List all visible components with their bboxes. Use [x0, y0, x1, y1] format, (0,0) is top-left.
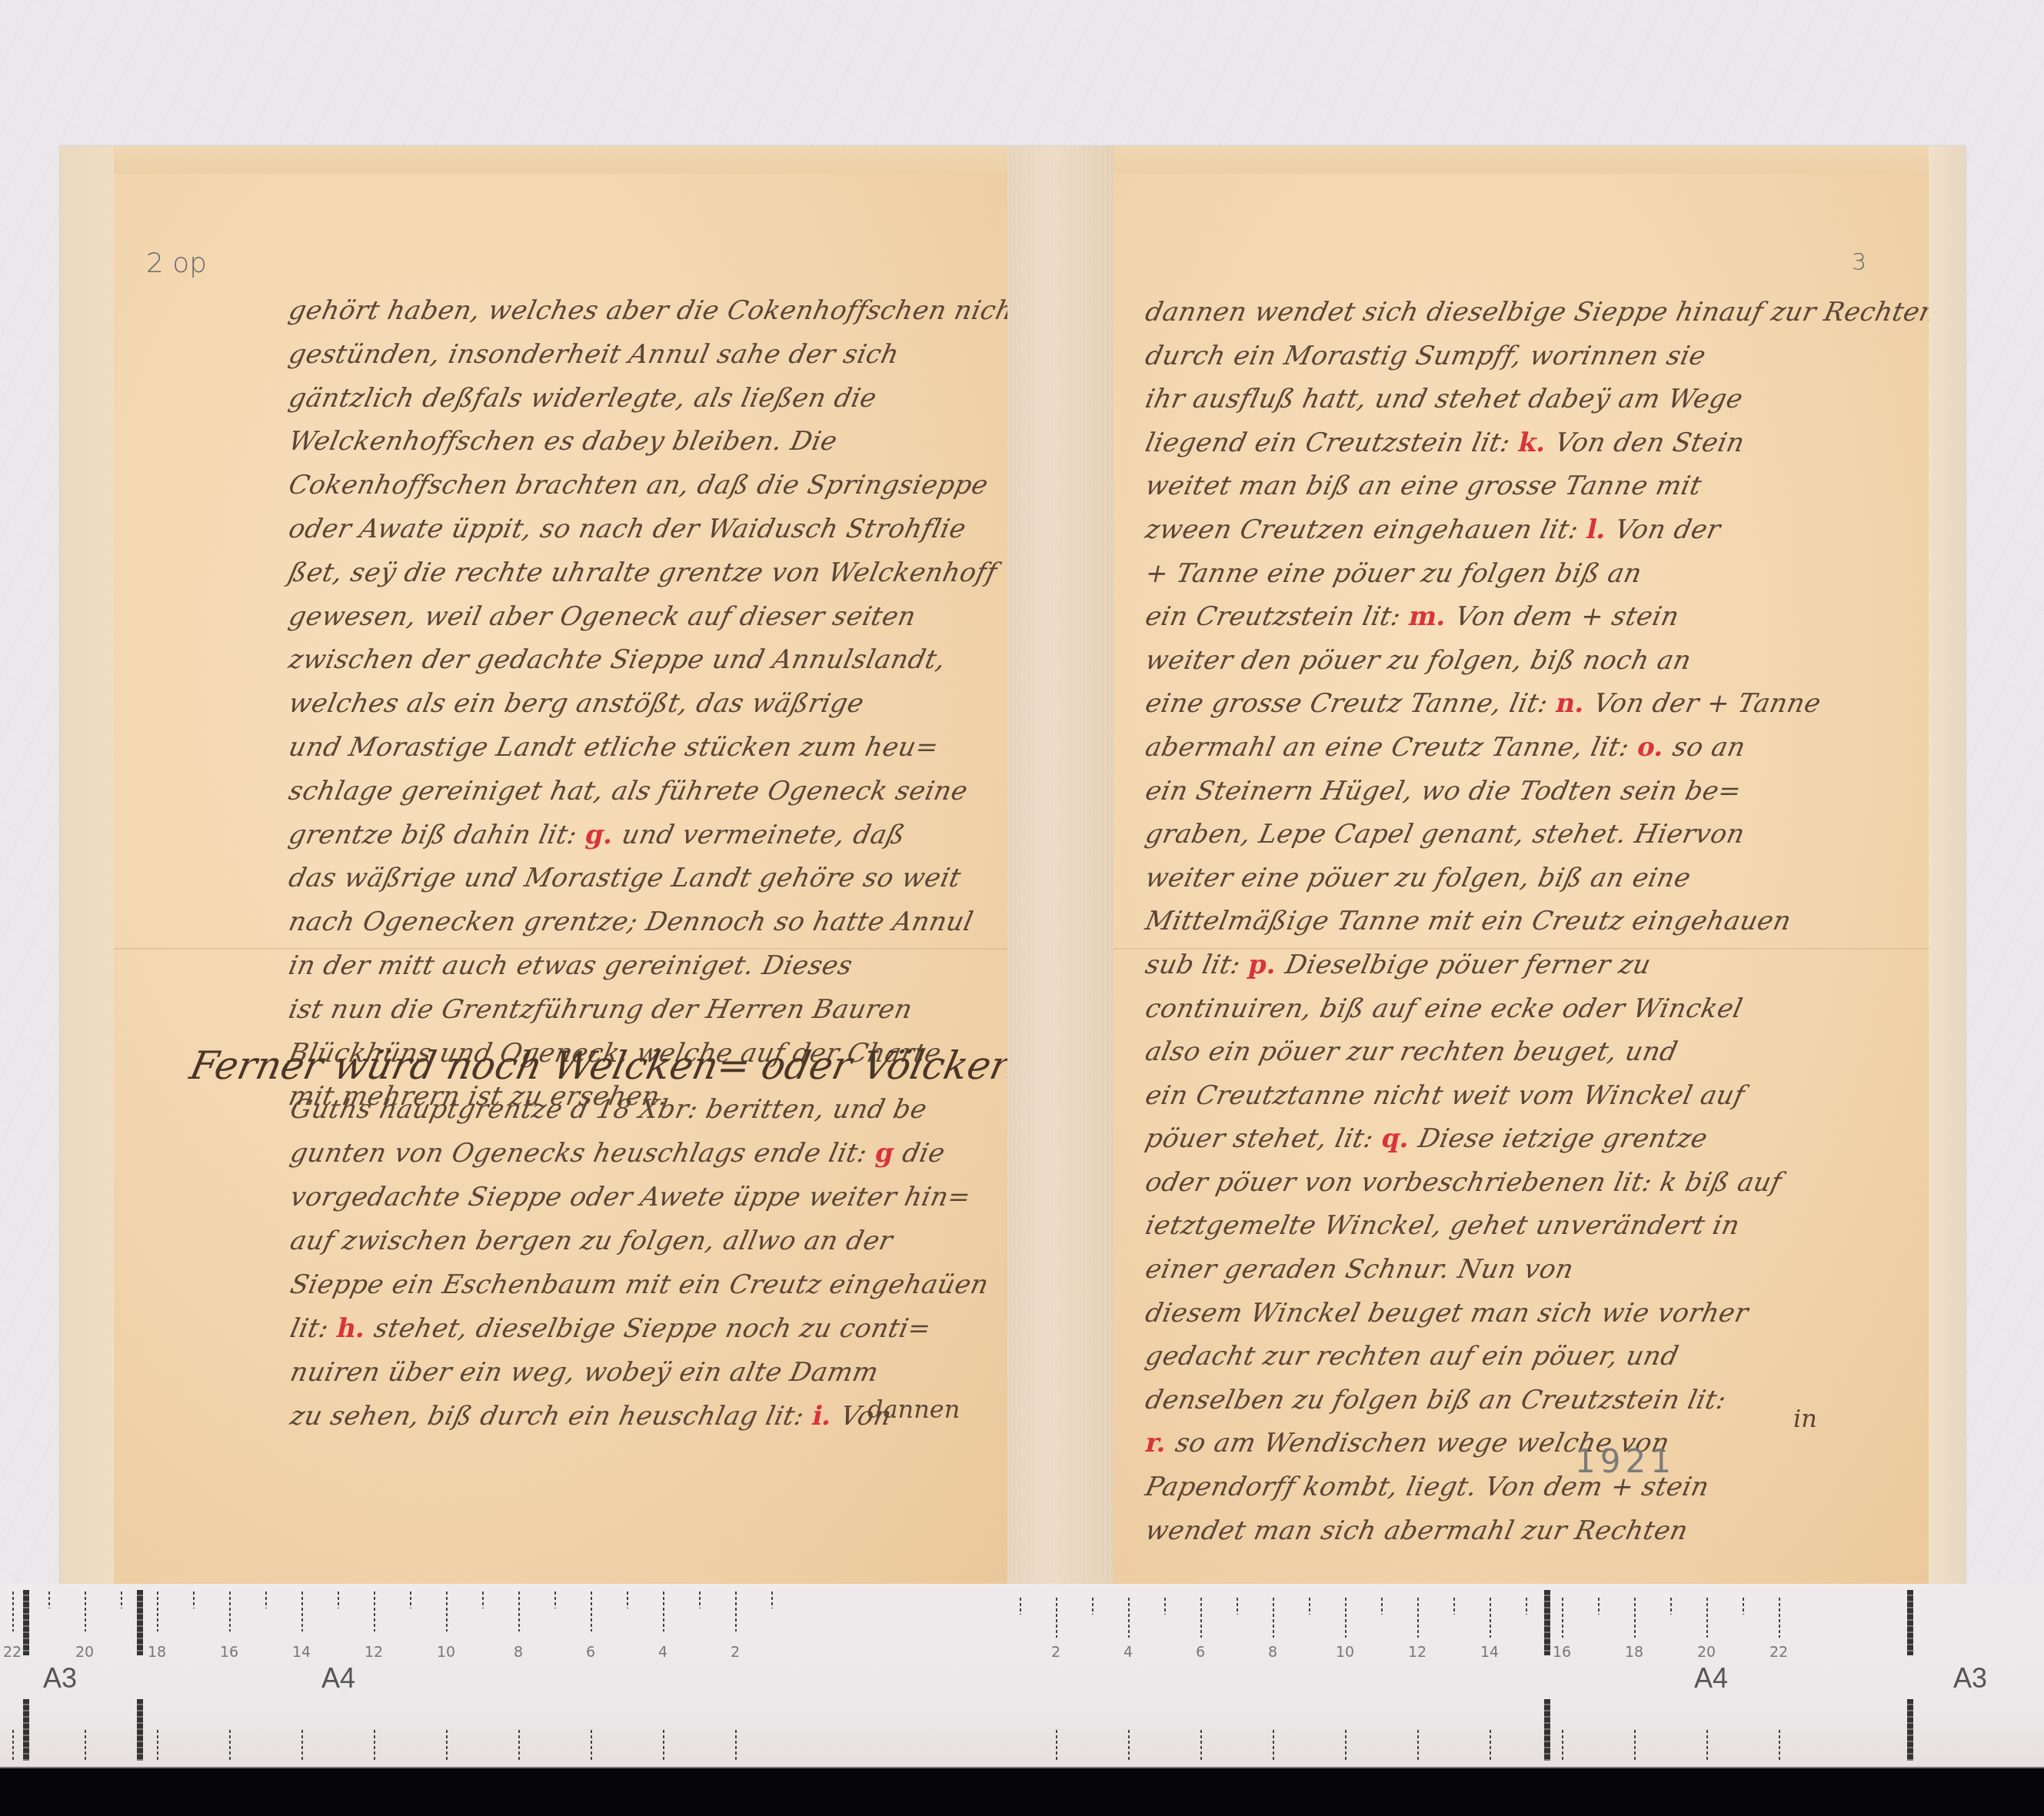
manuscript-line: sub lit: p. Dieselbige pöuer ferner zu: [1141, 943, 1919, 987]
manuscript-line: abermahl an eine Creutz Tanne, lit: o. s…: [1141, 726, 1919, 770]
right-page: 3 dannen wendet sich dieselbige Sieppe h…: [1114, 174, 1966, 1584]
manuscript-line: gestünden, insonderheit Annul sahe der s…: [285, 333, 986, 377]
manuscript-line: und Morastige Landt etliche stücken zum …: [285, 726, 986, 770]
ruler-number: 14: [292, 1644, 311, 1661]
ruler-number: 16: [1553, 1644, 1571, 1661]
rubric-letter: k.: [1516, 427, 1550, 458]
ruler-tick: [1345, 1730, 1347, 1761]
manuscript-line: lit: h. stehet, dieselbige Sieppe noch z…: [286, 1307, 1010, 1351]
scanner-edge-shadow: [0, 1768, 2044, 1816]
ruler-tick: [121, 1591, 122, 1608]
ruler-tick: [482, 1591, 484, 1608]
manuscript-line: gewesen, weil aber Ogeneck auf dieser se…: [285, 595, 986, 639]
ruler-tick: [265, 1591, 267, 1608]
manuscript-line: schlage gereiniget hat, als führete Ogen…: [285, 770, 986, 813]
ruler-tick: [1200, 1730, 1202, 1761]
ruler-tick: [1200, 1598, 1202, 1638]
manuscript-line: weiter den pöuer zu folgen, biß noch an: [1141, 639, 1919, 683]
manuscript-line: Guths hauptgrentze d 18 Xbr: beritten, u…: [286, 1088, 1010, 1132]
ruler-label-a4-left: A4: [321, 1662, 355, 1695]
left-page-section: Ferner würd noch Welcken= oder Völckersa…: [191, 1044, 1006, 1438]
ruler-tick: [229, 1730, 231, 1761]
ruler-label-a4-right: A4: [1694, 1662, 1728, 1695]
ruler-number: 18: [148, 1644, 166, 1661]
ruler-tick: [1634, 1598, 1636, 1638]
ruler-number: 4: [1124, 1644, 1133, 1661]
ruler-tick: [12, 1591, 14, 1631]
ruler-tick: [446, 1730, 448, 1761]
ruler-number: 12: [365, 1644, 383, 1661]
manuscript-line: Cokenhoffschen brachten an, daß die Spri…: [285, 464, 986, 507]
rubric-letter: q.: [1379, 1123, 1413, 1154]
manuscript-line: einer geraden Schnur. Nun von: [1141, 1248, 1919, 1292]
rubric-letter: r.: [1143, 1428, 1170, 1458]
ruler-number: 22: [3, 1644, 22, 1661]
ruler-tick: [1544, 1699, 1550, 1761]
ruler-tick: [338, 1591, 339, 1608]
ruler-tick: [1779, 1598, 1780, 1638]
ruler-tick: [1670, 1598, 1672, 1615]
ruler-tick: [1634, 1730, 1636, 1761]
catch-word-left: dannen: [867, 1395, 960, 1424]
ruler-number: 4: [658, 1644, 667, 1661]
ruler-number: 20: [75, 1644, 94, 1661]
ruler-tick: [1128, 1598, 1130, 1638]
left-edge-tape: [60, 146, 114, 1584]
ruler-number: 14: [1480, 1644, 1499, 1661]
ruler-tick: [23, 1590, 29, 1655]
ruler-tick: [1490, 1730, 1491, 1761]
ruler-tick: [1056, 1730, 1057, 1761]
manuscript-line: das wäßrige und Morastige Landt gehöre s…: [285, 856, 986, 900]
ruler-tick: [663, 1591, 664, 1631]
ruler-tick: [1417, 1730, 1419, 1761]
ruler-tick: [1706, 1598, 1708, 1638]
ruler-tick: [1345, 1598, 1347, 1638]
ruler-tick: [518, 1591, 520, 1631]
manuscript-line: in der mitt auch etwas gereiniget. Diese…: [285, 944, 986, 988]
manuscript-line: + Tanne eine pöuer zu folgen biß an: [1141, 552, 1919, 596]
ruler-number: 2: [731, 1644, 740, 1661]
right-edge-tape: [1929, 146, 1966, 1584]
ruler-tick: [1743, 1598, 1744, 1615]
manuscript-line: oder Awate üppit, so nach der Waidusch S…: [285, 507, 986, 551]
manuscript-line: graben, Lepe Capel genant, stehet. Hierv…: [1141, 813, 1919, 856]
ruler-tick: [1164, 1598, 1166, 1615]
rubric-letter: g.: [582, 820, 617, 850]
manuscript-line: continuiren, biß auf eine ecke oder Winc…: [1141, 987, 1919, 1031]
ruler-tick: [1128, 1730, 1130, 1761]
manuscript-line: dannen wendet sich dieselbige Sieppe hin…: [1141, 291, 1919, 334]
center-hinge-tape: [1007, 146, 1114, 1584]
section-body: Guths hauptgrentze d 18 Xbr: beritten, u…: [191, 1088, 1006, 1438]
manuscript-line: grentze biß dahin lit: g. und vermeinete…: [285, 813, 986, 857]
manuscript-line: durch ein Morastig Sumpff, worinnen sie: [1141, 334, 1919, 378]
manuscript-line: eine grosse Creutz Tanne, lit: n. Von de…: [1141, 682, 1919, 726]
measurement-ruler: 222018161412108642246810121416182022 A3 …: [0, 1584, 2044, 1768]
ruler-tick: [1237, 1598, 1238, 1615]
ruler-tick: [1453, 1598, 1455, 1615]
manuscript-line: weiter eine pöuer zu folgen, biß an eine: [1141, 856, 1919, 900]
ruler-tick: [771, 1591, 773, 1608]
ruler-number: 2: [1051, 1644, 1060, 1661]
manuscript-line: wendet man sich abermahl zur Rechten: [1141, 1509, 1919, 1553]
ruler-tick: [374, 1591, 375, 1631]
manuscript-line: welches als ein berg anstößt, das wäßrig…: [285, 682, 986, 726]
manuscript-line: Papendorff kombt, liegt. Von dem + stein: [1141, 1465, 1919, 1509]
rubric-letter: n.: [1553, 688, 1589, 719]
manuscript-line: gäntzlich deßfals widerlegte, als ließen…: [285, 377, 986, 421]
ruler-tick: [1779, 1730, 1780, 1761]
manuscript-double-leaf: 2 op gehört haben, welches aber die Coke…: [60, 146, 1966, 1584]
catch-word-right: in: [1793, 1404, 1817, 1433]
right-page-text: dannen wendet sich dieselbige Sieppe hin…: [1146, 291, 1915, 1552]
manuscript-line: auf zwischen bergen zu folgen, allwo an …: [286, 1219, 1010, 1263]
manuscript-line: zween Creutzen eingehauen lit: l. Von de…: [1141, 508, 1919, 552]
manuscript-line: also ein pöuer zur rechten beuget, und: [1141, 1030, 1919, 1074]
ruler-number: 6: [1196, 1644, 1205, 1661]
ruler-tick: [699, 1591, 701, 1608]
ruler-tick: [1273, 1598, 1274, 1638]
ruler-tick: [1381, 1598, 1383, 1615]
ruler-number: 6: [586, 1644, 595, 1661]
rubric-letter: m.: [1406, 601, 1450, 632]
manuscript-line: pöuer stehet, lit: q. Diese ietzige gren…: [1141, 1117, 1919, 1161]
ruler-tick: [1562, 1598, 1563, 1638]
ruler-tick: [1020, 1598, 1021, 1615]
ruler-tick: [518, 1730, 520, 1761]
ruler-tick: [1092, 1598, 1094, 1615]
ruler-number: 20: [1697, 1644, 1716, 1661]
ruler-number: 16: [220, 1644, 238, 1661]
manuscript-line: gunten von Ogenecks heuschlags ende lit:…: [286, 1132, 1010, 1176]
manuscript-line: Welckenhoffschen es dabey bleiben. Die: [285, 420, 986, 464]
manuscript-line: Mittelmäßige Tanne mit ein Creutz eingeh…: [1141, 900, 1919, 943]
ruler-tick: [554, 1591, 556, 1608]
manuscript-line: Sieppe ein Eschenbaum mit ein Creutz ein…: [286, 1263, 1010, 1307]
ruler-tick: [12, 1730, 14, 1761]
ruler-number: 12: [1408, 1644, 1426, 1661]
folio-mark-left: 2 op: [146, 248, 207, 279]
ruler-tick: [157, 1730, 158, 1761]
pencil-archive-number: 1921: [1575, 1442, 1676, 1480]
ruler-tick: [663, 1730, 664, 1761]
section-heading: Ferner würd noch Welcken= oder Völckersa…: [186, 1044, 1010, 1088]
ruler-tick: [193, 1591, 195, 1608]
rubric-letter: o.: [1634, 732, 1667, 763]
ruler-number: 22: [1769, 1644, 1788, 1661]
rubric-letter: i.: [809, 1401, 835, 1432]
ruler-label-a3-right: A3: [1953, 1662, 1987, 1695]
ruler-number: 8: [1268, 1644, 1277, 1661]
manuscript-line: vorgedachte Sieppe oder Awete üppe weite…: [286, 1176, 1010, 1219]
manuscript-line: weitet man biß an eine grosse Tanne mit: [1141, 464, 1919, 508]
ruler-tick: [374, 1730, 375, 1761]
ruler-tick: [1526, 1598, 1527, 1615]
ruler-tick: [1273, 1730, 1274, 1761]
ruler-number: 8: [514, 1644, 523, 1661]
ruler-tick: [1907, 1699, 1913, 1761]
ruler-tick: [48, 1591, 50, 1608]
manuscript-line: ihr ausfluß hatt, und stehet dabeÿ am We…: [1141, 378, 1919, 421]
ruler-tick: [137, 1699, 143, 1761]
ruler-tick: [301, 1591, 303, 1631]
rubric-letter: h.: [334, 1313, 369, 1344]
ruler-tick: [1598, 1598, 1600, 1615]
ruler-tick: [85, 1730, 86, 1761]
ruler-number: 10: [1336, 1644, 1354, 1661]
ruler-tick: [735, 1591, 737, 1631]
manuscript-line: ein Creutzstein lit: m. Von dem + stein: [1141, 595, 1919, 639]
folio-mark-right: 3: [1852, 249, 1866, 276]
manuscript-line: nach Ogenecken grentze; Dennoch so hatte…: [285, 900, 986, 944]
manuscript-line: gehört haben, welches aber die Cokenhoff…: [285, 289, 986, 333]
ruler-tick: [1706, 1730, 1708, 1761]
ruler-tick: [1490, 1598, 1491, 1638]
manuscript-line: zwischen der gedachte Sieppe und Annulsl…: [285, 638, 986, 682]
manuscript-line: ietztgemelte Winckel, gehet unverändert …: [1141, 1204, 1919, 1248]
ruler-tick: [301, 1730, 303, 1761]
ruler-tick: [1309, 1598, 1310, 1615]
ruler-tick: [85, 1591, 86, 1631]
manuscript-line: gedacht zur rechten auf ein pöuer, und: [1141, 1335, 1919, 1379]
ruler-label-a3-left: A3: [43, 1662, 77, 1695]
rubric-letter: p.: [1246, 950, 1280, 980]
ruler-tick: [1056, 1598, 1057, 1638]
ruler-tick: [137, 1590, 143, 1655]
manuscript-line: nuiren über ein weg, wobeÿ ein alte Damm: [286, 1351, 1010, 1395]
manuscript-line: oder pöuer von vorbeschriebenen lit: k b…: [1141, 1161, 1919, 1205]
ruler-tick: [1544, 1590, 1550, 1655]
ruler-tick: [1907, 1590, 1913, 1655]
manuscript-line: ßet, seÿ die rechte uhralte grentze von …: [285, 551, 986, 595]
ruler-tick: [229, 1591, 231, 1631]
rubric-letter: l.: [1583, 514, 1610, 545]
manuscript-line: ist nun die Grentzführung der Herren Bau…: [285, 988, 986, 1032]
ruler-tick: [446, 1591, 448, 1631]
ruler-tick: [157, 1591, 158, 1631]
ruler-number: 10: [437, 1644, 455, 1661]
ruler-tick: [1417, 1598, 1419, 1638]
manuscript-line: ein Steinern Hügel, wo die Todten sein b…: [1141, 770, 1919, 813]
ruler-tick: [591, 1591, 592, 1631]
manuscript-line: liegend ein Creutzstein lit: k. Von den …: [1141, 421, 1919, 465]
ruler-tick: [591, 1730, 592, 1761]
manuscript-line: ein Creutztanne nicht weit vom Winckel a…: [1141, 1074, 1919, 1118]
ruler-tick: [23, 1699, 29, 1761]
ruler-number: 18: [1625, 1644, 1643, 1661]
ruler-tick: [410, 1591, 411, 1608]
ruler-tick: [1562, 1730, 1563, 1761]
rubric-letter: g: [872, 1138, 897, 1169]
ruler-tick: [735, 1730, 737, 1761]
manuscript-line: diesem Winckel beuget man sich wie vorhe…: [1141, 1292, 1919, 1335]
left-page: 2 op gehört haben, welches aber die Coke…: [60, 174, 1007, 1584]
left-page-text: gehört haben, welches aber die Cokenhoff…: [289, 289, 981, 1119]
ruler-tick: [627, 1591, 628, 1608]
